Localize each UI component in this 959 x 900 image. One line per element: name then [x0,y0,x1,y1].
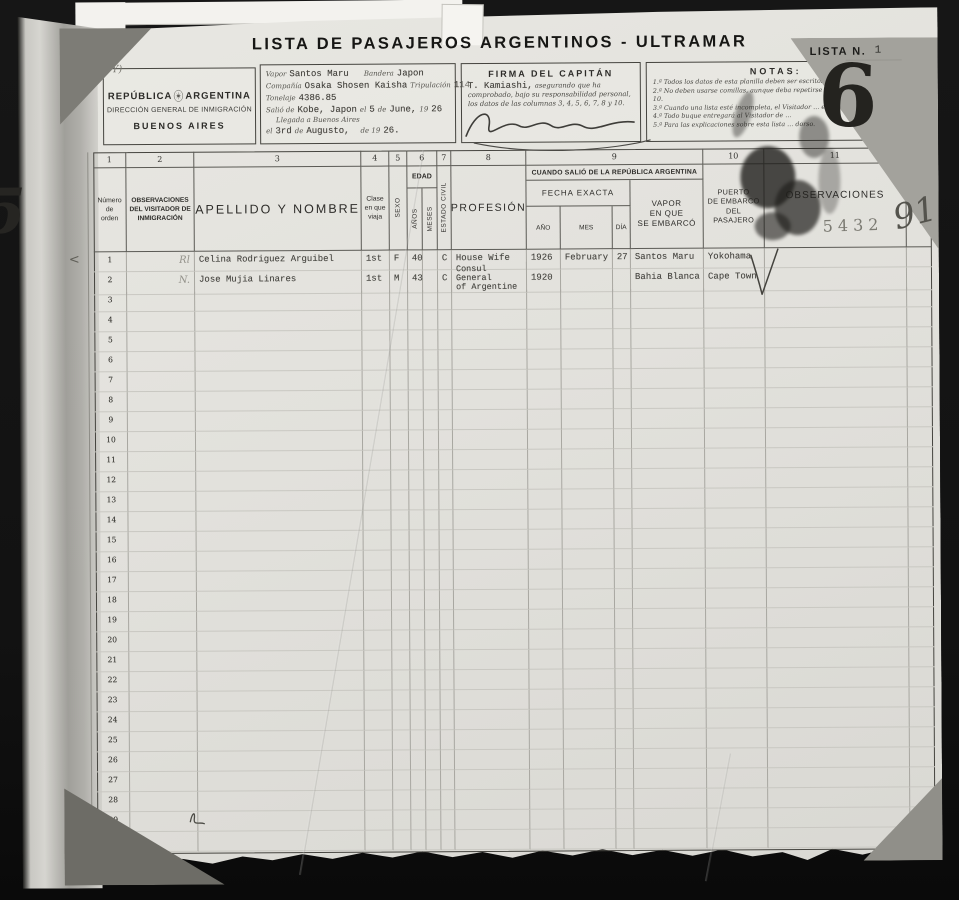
cell-obs [766,387,908,408]
cell-sex [393,710,411,730]
cell-year [530,749,564,769]
cell-num: 5 [94,332,127,352]
cell-profession [453,430,528,450]
bandera-label: Bandera [364,70,394,78]
cell-civil [440,570,454,590]
cell-day [616,709,634,729]
cell-year [529,569,563,589]
cell-margin [909,587,934,607]
cell-sex [392,570,410,590]
cell-margin [909,627,934,647]
salio-month: June, [389,104,416,114]
cell-obs [767,587,909,608]
captain-statement: T. Kamiashi, asegurando que ha comprobad… [468,81,635,109]
cell-month [561,329,613,349]
cell-day [615,529,633,549]
cell-num: 4 [94,312,127,332]
cell-class [363,431,391,451]
cell-year [529,549,563,569]
cell-obs [768,807,910,828]
cell-years [410,610,425,630]
cell-port [706,588,767,608]
cell-month [561,309,613,329]
cell-month [564,729,616,749]
cell-profession [455,770,530,790]
header-edad: EDAD [407,166,437,188]
cell-visitor [130,792,198,812]
cell-sex [393,790,411,810]
cell-class [365,791,393,811]
cell-month [564,809,616,829]
cell-port [706,628,767,648]
cell-year [530,829,564,849]
cell-name [198,731,365,752]
cell-class [364,571,392,591]
cell-year [530,709,564,729]
col-number: 8 [451,150,526,166]
cell-years [410,670,425,690]
compania-label: Compañía [266,82,302,90]
cell-sex [391,390,409,410]
vapor-label: Vapor [266,70,287,78]
cell-port [705,388,766,408]
captain-signature-box: FIRMA DEL CAPITÁN T. Kamiashi, asegurand… [461,62,641,143]
cell-class [363,491,391,511]
cell-month [564,789,616,809]
cell-class [365,691,393,711]
cell-visitor [127,312,195,332]
cell-months [426,770,441,790]
cell-month [563,649,615,669]
cell-civil [440,530,454,550]
cell-port [707,728,768,748]
cell-port [706,648,767,668]
cell-visitor: Rl [127,252,195,272]
cell-obs [765,347,907,368]
cell-vessel [632,369,705,389]
cell-sex [391,450,409,470]
cell-port [706,528,767,548]
cell-month [562,469,614,489]
header-sexo-label: SEXO [395,198,402,218]
cell-vessel [631,349,704,369]
cell-name [196,491,363,512]
cell-name [197,571,364,592]
cell-class [365,751,393,771]
cell-name [197,671,364,692]
cell-margin [907,327,932,347]
cell-years [409,450,424,470]
llegada-day: 3rd [275,126,291,136]
cell-obs [767,627,909,648]
cell-visitor [128,432,196,452]
cell-sex [392,630,410,650]
cell-visitor [129,532,197,552]
cell-obs [767,567,909,588]
cell-month [561,349,613,369]
cell-sex [391,510,409,530]
cell-profession [454,570,529,590]
cell-months [424,510,439,530]
cell-day [616,809,634,829]
cell-vessel [632,489,705,509]
cell-year [530,689,564,709]
cell-civil [438,310,452,330]
header-mes: MES [561,206,613,249]
cell-num: 15 [96,532,129,552]
cell-name [197,611,364,632]
col-number: 4 [361,151,389,167]
cell-name [198,831,365,852]
cell-class [364,671,392,691]
cell-day [615,629,633,649]
cell-sex [393,830,411,850]
cell-civil [441,790,455,810]
cell-year [530,769,564,789]
cell-months [425,650,440,670]
cell-civil [441,710,455,730]
cell-months [426,690,441,710]
cell-port [707,788,768,808]
cell-years [411,730,426,750]
cell-civil [440,630,454,650]
cell-civil [441,770,455,790]
cell-year [529,589,563,609]
cell-month [564,769,616,789]
cell-profession [454,590,529,610]
cell-sex [393,810,411,830]
cell-port [704,348,765,368]
cell-day [615,549,633,569]
cell-name [198,791,365,812]
cell-vessel [633,629,706,649]
cell-visitor [130,772,198,792]
cell-day [614,389,632,409]
table-body: 1RlCelina Rodriguez Arguibel1stF40CHouse… [94,247,936,852]
cell-civil [439,410,453,430]
cell-civil [439,450,453,470]
cell-years [409,430,424,450]
cell-civil [440,610,454,630]
cell-obs [767,607,909,628]
cell-num: 13 [95,492,128,512]
cell-sex [391,370,409,390]
cell-visitor [129,572,197,592]
cell-port [705,368,766,388]
cell-port [707,748,768,768]
cell-day [613,289,631,309]
cell-years [410,650,425,670]
cell-vessel [632,409,705,429]
cell-profession [454,530,529,550]
cell-vessel [634,729,707,749]
cell-visitor [130,732,198,752]
cell-visitor [129,672,197,692]
cell-vessel [632,429,705,449]
cell-months [424,430,439,450]
col-number: 5 [389,150,407,166]
header-meses: MESES [422,188,437,250]
cell-profession [452,330,527,350]
cell-months [424,490,439,510]
tripulacion-label: Tripulación [410,81,451,89]
cell-civil: C [438,250,452,270]
cell-civil [438,330,452,350]
cell-num: 3 [94,292,127,312]
cell-num: 25 [97,732,130,752]
cell-name [197,651,364,672]
cell-day [615,589,633,609]
cell-month [562,389,614,409]
cell-vessel [633,669,706,689]
captain-name: T. Kamiashi, [468,81,533,91]
cell-margin [910,747,935,767]
cell-name [198,751,365,772]
col-number: 1 [93,152,126,168]
cell-month [564,709,616,729]
cell-day [614,429,632,449]
cell-year [530,729,564,749]
cell-port [706,568,767,588]
cell-vessel [634,769,707,789]
cell-month [564,829,616,849]
cell-port [707,688,768,708]
cell-vessel [634,709,707,729]
salio-port: Kobe, Japon [297,105,356,115]
cell-profession [454,550,529,570]
header-clase: Clase en que viaja [361,167,390,251]
el-label: el [360,106,366,114]
cell-port [705,508,766,528]
cell-year [529,609,563,629]
org-box: REPÚBLICA ARGENTINA DIRECCIÓN GENERAL DE… [103,67,256,145]
cell-years [409,470,424,490]
cell-class [362,291,390,311]
cell-profession [454,610,529,630]
compania-value: Osaka Shosen Kaisha [305,80,408,91]
cell-years [408,310,423,330]
cell-name [195,351,362,372]
cell-name [195,331,362,352]
cell-profession [455,790,530,810]
cell-vessel [631,289,704,309]
cell-months [426,750,441,770]
cell-sex [393,730,411,750]
cell-day [613,349,631,369]
cell-visitor [130,692,198,712]
cell-day [613,329,631,349]
cell-class [363,371,391,391]
cell-months [426,730,441,750]
cell-name [196,371,363,392]
cell-port [707,828,768,848]
cell-civil [439,470,453,490]
cell-obs [766,447,908,468]
cell-sex [391,490,409,510]
cell-margin [908,407,933,427]
cell-name [197,551,364,572]
cell-name [196,451,363,472]
cell-months [423,350,438,370]
cell-sex [392,550,410,570]
cell-year: 1926 [527,250,561,270]
cell-name [196,471,363,492]
cell-month [563,549,615,569]
cell-year [530,809,564,829]
cell-name [198,711,365,732]
cell-visitor [128,452,196,472]
cell-month [561,289,613,309]
header-sexo: SEXO [389,166,408,250]
cell-months [425,630,440,650]
cell-sex [391,470,409,490]
cell-name [198,691,365,712]
cell-month [562,429,614,449]
cell-visitor [130,752,198,772]
cell-profession [453,510,528,530]
cell-day [614,409,632,429]
cell-years: 40 [408,250,423,270]
cell-day [616,749,634,769]
cell-num: 14 [95,512,128,532]
cell-day [615,609,633,629]
cell-profession [452,350,527,370]
cell-vessel: Santos Maru [631,249,704,269]
header-ano: AÑO [527,207,561,250]
cell-port [704,308,765,328]
cell-class [365,731,393,751]
cell-obs [765,307,907,328]
cell-sex [390,350,408,370]
cell-num: 17 [96,572,129,592]
ink-smudge [755,212,791,240]
cell-margin [908,367,933,387]
cell-year [528,449,562,469]
cell-port [706,548,767,568]
cell-years [410,530,425,550]
cell-name [198,771,365,792]
cell-month [562,449,614,469]
cell-vessel [632,509,705,529]
cell-day [614,489,632,509]
el2-label: el [266,127,272,135]
cell-vessel [633,529,706,549]
cell-months [425,530,440,550]
cell-visitor [127,292,195,312]
cell-sex [393,750,411,770]
cell-num: 22 [96,672,129,692]
col-number: 9 [526,149,703,166]
cell-years [411,790,426,810]
cell-class [365,711,393,731]
cell-obs [766,467,908,488]
cell-months [426,830,441,850]
cell-visitor [128,412,196,432]
cell-years [409,390,424,410]
cell-port [706,608,767,628]
cell-vessel [632,469,705,489]
cell-name [196,431,363,452]
cell-day [614,469,632,489]
cell-vessel [633,609,706,629]
cell-profession [452,310,527,330]
cell-civil [440,590,454,610]
cell-margin [907,347,932,367]
observaciones-stamp: 5432 [822,215,883,236]
ink-smudge [818,148,840,214]
cell-civil [441,730,455,750]
cell-profession [453,410,528,430]
de-label: de [378,106,387,114]
cell-margin [908,487,933,507]
cell-sex [392,650,410,670]
cell-months [426,710,441,730]
cell-num: 11 [95,452,128,472]
cell-class [365,811,393,831]
cell-margin [909,607,934,627]
salio-label: Salió de [266,106,295,114]
cell-years [410,590,425,610]
cell-visitor [129,552,197,572]
cell-civil [440,670,454,690]
cell-port [704,328,765,348]
cell-margin [910,687,935,707]
cell-months [425,670,440,690]
cell-obs [767,647,909,668]
captain-box-title: FIRMA DEL CAPITÁN [462,68,640,79]
cell-month [563,609,615,629]
cell-margin [908,427,933,447]
cell-vessel [634,809,707,829]
cell-margin [908,447,933,467]
cell-class [365,771,393,791]
cell-months [425,550,440,570]
cell-months [424,390,439,410]
cell-vessel [633,589,706,609]
cell-obs [765,287,907,308]
cell-years [408,350,423,370]
cell-obs [768,727,910,748]
cell-years [411,770,426,790]
cell-visitor [128,492,196,512]
cell-months [424,410,439,430]
cell-class [362,311,390,331]
cell-month [562,489,614,509]
cell-margin [908,467,933,487]
cell-class [364,631,392,651]
cell-year [527,350,561,370]
cell-num: 21 [96,652,129,672]
llegada-year: 26. [383,125,399,135]
left-margin-handwriting: 5 [0,175,26,248]
header-orden: Número de orden [93,168,127,252]
cell-vessel [631,329,704,349]
cell-day [616,689,634,709]
cell-year [528,489,562,509]
cell-day [616,789,634,809]
cell-months [425,590,440,610]
cell-day [614,449,632,469]
tonelaje-label: Tonelaje [266,94,296,102]
cell-port [705,468,766,488]
cell-profession [453,450,528,470]
header-fecha: FECHA EXACTA [526,180,630,207]
cell-vessel [634,829,707,849]
cell-sex [392,670,410,690]
cell-vessel [634,749,707,769]
cell-profession [454,670,529,690]
cell-vessel [632,449,705,469]
